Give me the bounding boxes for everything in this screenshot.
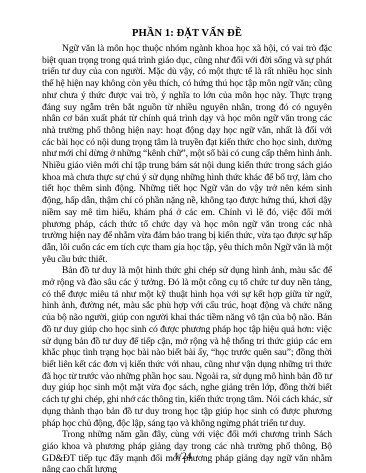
paragraph-1: Ngữ văn là môn học thuộc nhóm ngành khoa…	[42, 43, 332, 265]
paragraph-2: Bản đồ tư duy là một hình thức ghi chép …	[42, 265, 332, 429]
page-title: PHẦN 1: ĐẶT VẤN ĐỀ	[42, 28, 332, 40]
document-page: PHẦN 1: ĐẶT VẤN ĐỀ Ngữ văn là môn học th…	[0, 0, 366, 473]
page-number: 1/24	[0, 451, 366, 462]
